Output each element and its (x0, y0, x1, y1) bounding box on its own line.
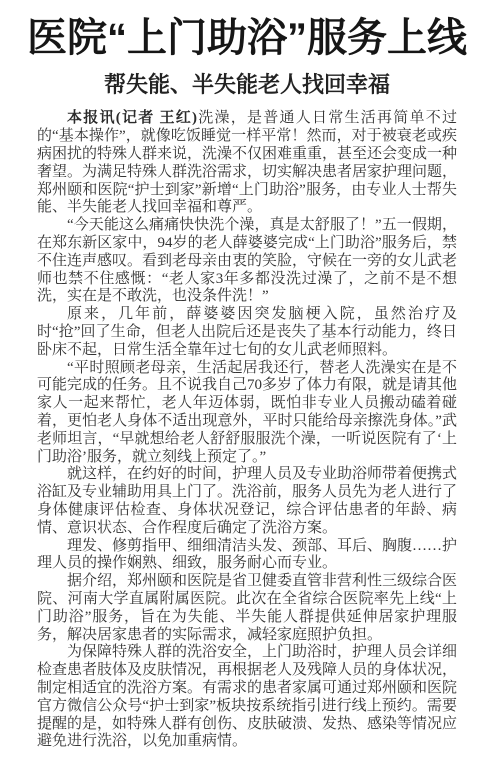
paragraph-6: 理发、修剪指甲、细细清洁头发、颈部、耳后、胸腹……护理人员的操作娴熟、细致，服务… (37, 538, 457, 574)
article-title: 医院“上门助浴”服务上线 (0, 17, 494, 60)
paragraph-1: 本报讯(记者 王红)洗澡，是普通人日常生活再简单不过的“基本操作”，就像吃饭睡觉… (37, 110, 457, 217)
paragraph-2: “今天能这么痛痛快快洗个澡，真是太舒服了！”五一假期，在郑东新区家中，94岁的老… (37, 217, 457, 306)
paragraph-5: 就这样，在约好的时间，护理人员及专业助浴师带着便携式浴缸及专业辅助用具上门了。洗… (37, 466, 457, 537)
paragraph-4: “平时照顾老母亲，生活起居我还行，替老人洗澡实在是不可能完成的任务。且不说我自己… (37, 360, 457, 467)
paragraph-8: 为保障特殊人群的洗浴安全，上门助浴时，护理人员会详细检查患者肢体及皮肤情况，再根… (37, 644, 457, 751)
byline: 本报讯(记者 王红) (67, 110, 197, 126)
newspaper-article-page: 医院“上门助浴”服务上线 帮失能、半失能老人找回幸福 本报讯(记者 王红)洗澡，… (0, 0, 494, 762)
article-body: 本报讯(记者 王红)洗澡，是普通人日常生活再简单不过的“基本操作”，就像吃饭睡觉… (37, 110, 457, 751)
paragraph-3: 原来，几年前，薛婆婆因突发脑梗入院，虽然治疗及时“抢”回了生命，但老人出院后还是… (37, 306, 457, 359)
paragraph-7: 据介绍，郑州颐和医院是省卫健委直管非营利性三级综合医院、河南大学直属附属医院。此… (37, 573, 457, 644)
article-subtitle: 帮失能、半失能老人找回幸福 (0, 72, 494, 97)
